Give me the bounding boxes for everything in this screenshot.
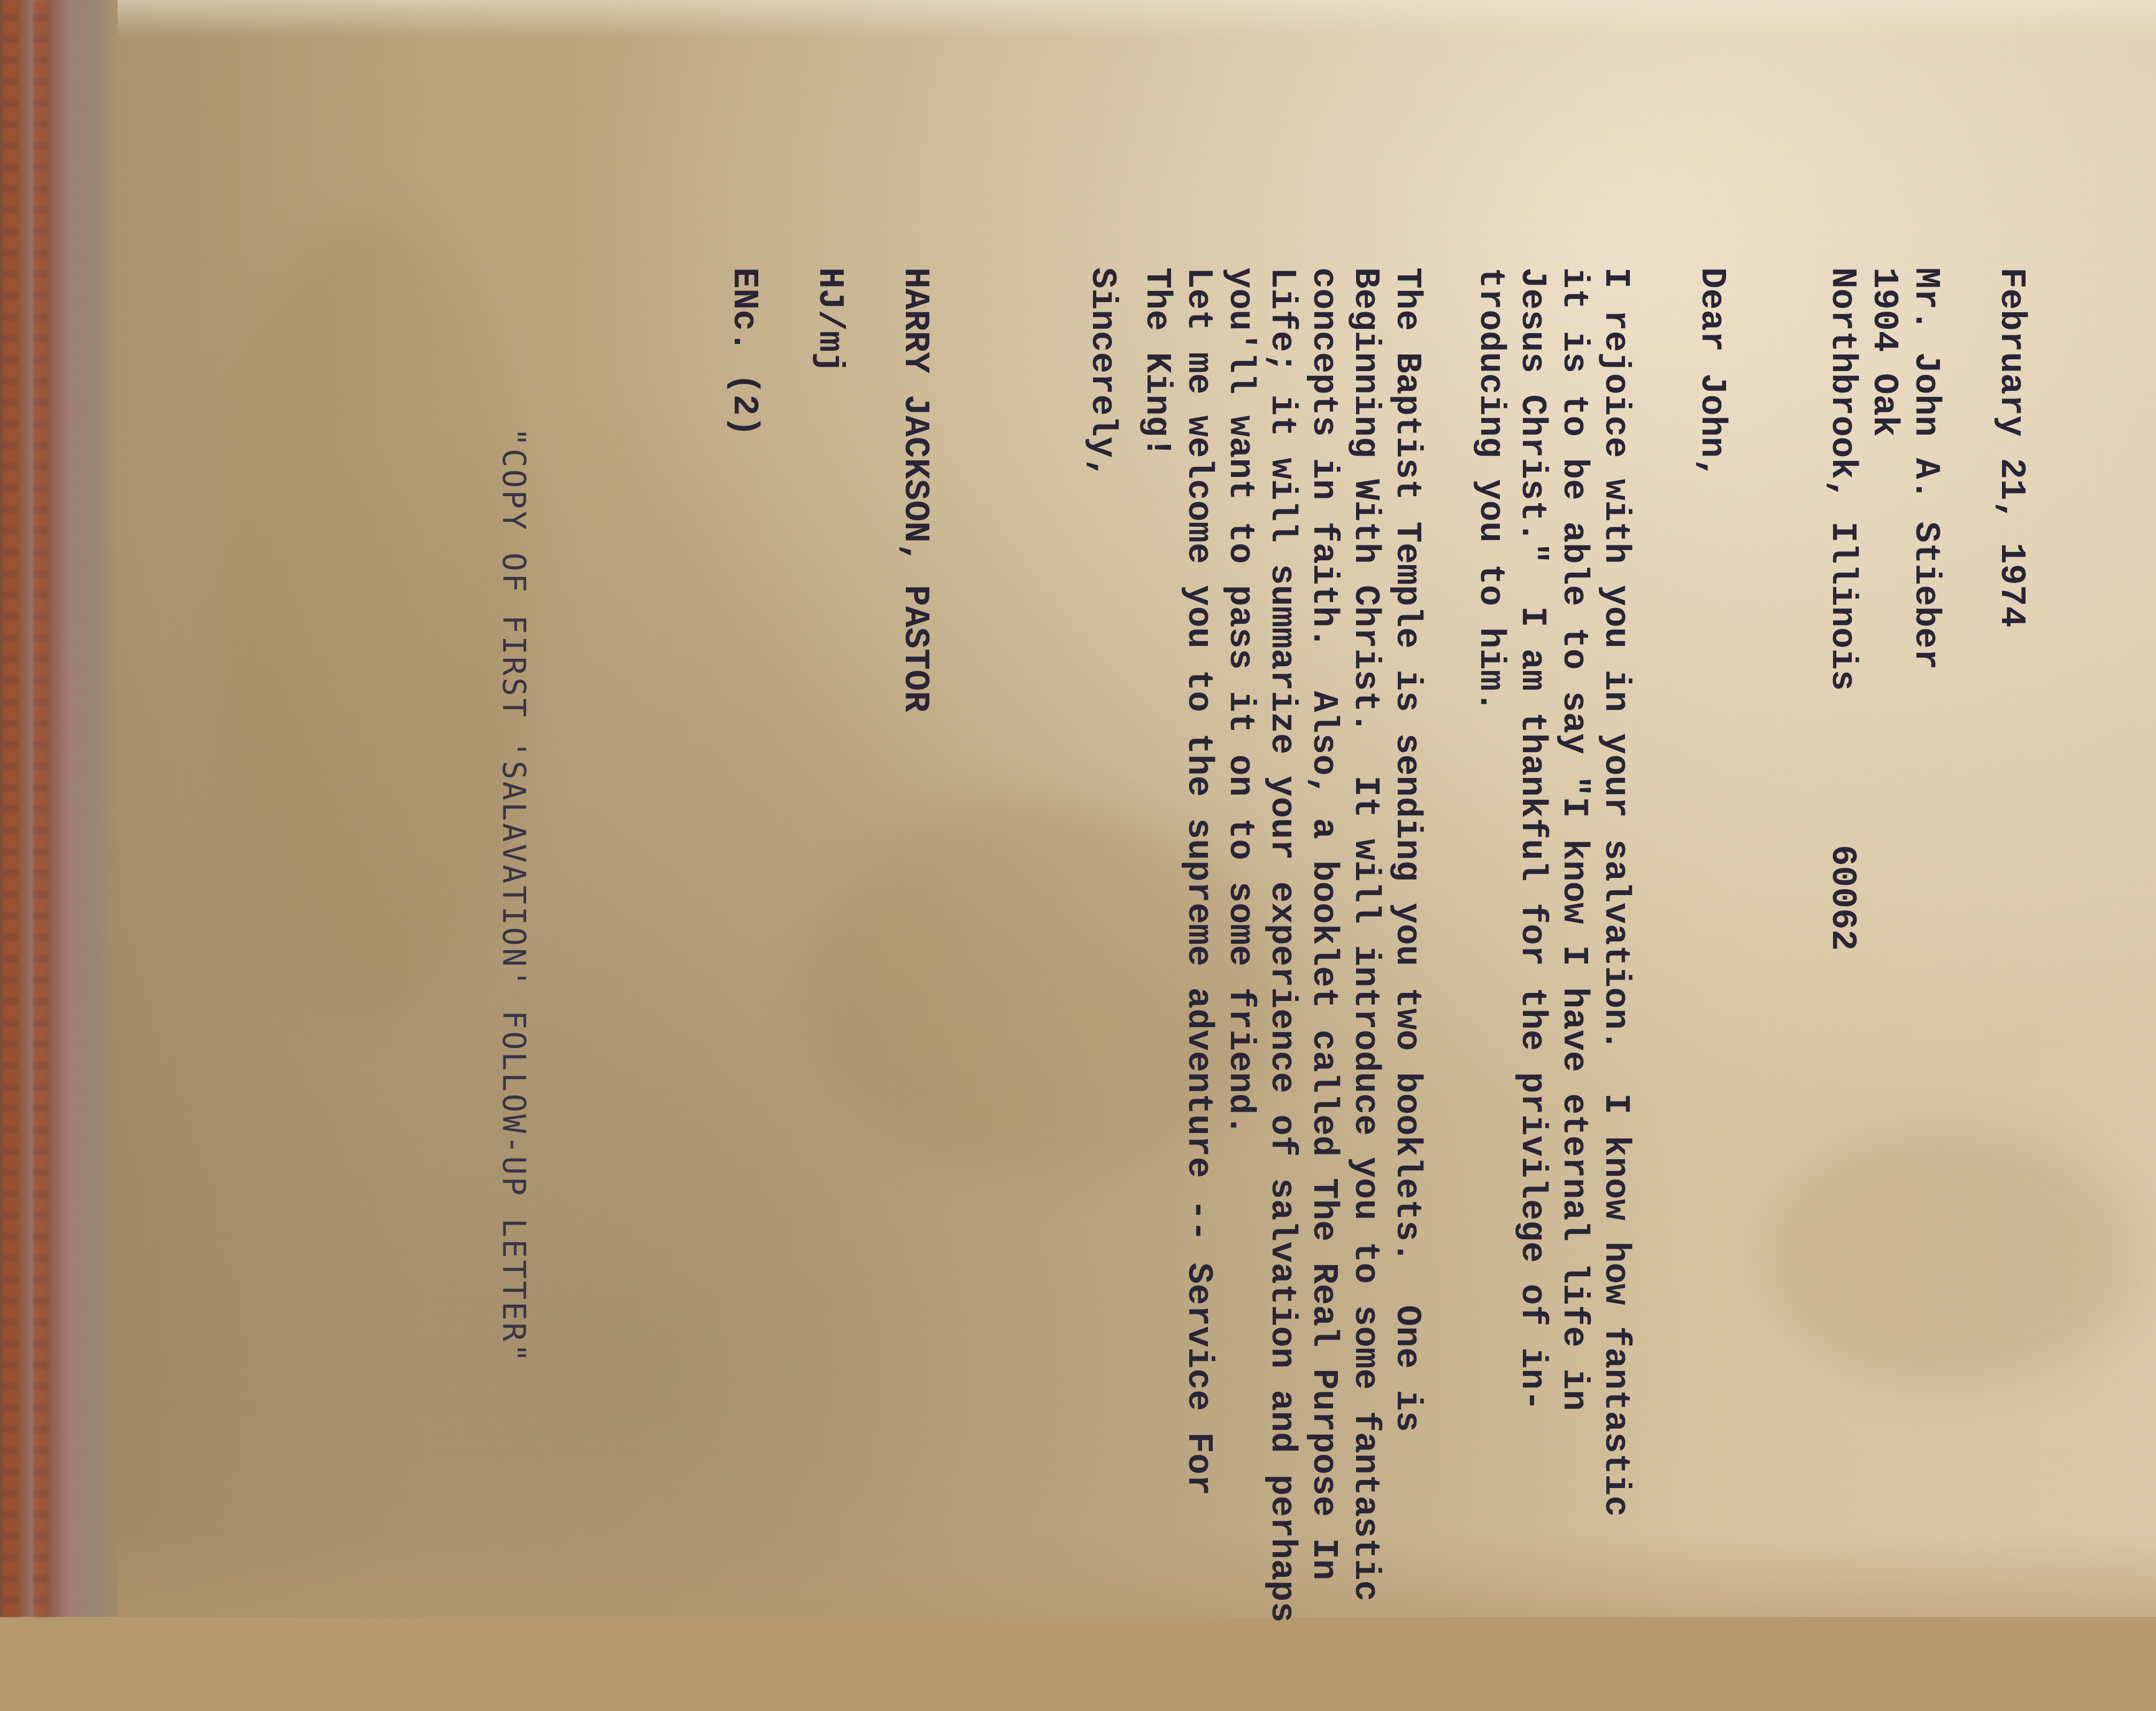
paragraph-line: Let me welcome you to the supreme advent… [1177,267,1219,1496]
paragraph-line: it is to be able to say "I know I have e… [1553,267,1595,1517]
sleeve-stripe [3,0,18,1617]
typed-letter: February 21, 1974 Mr. John A. Stieber 19… [455,267,2032,1617]
recipient-name: Mr. John A. Stieber [1905,267,1946,691]
letter-date: February 21, 1974 [1990,267,2032,627]
paragraph-line: The King! [1136,267,1177,1496]
paragraph-line: troducing you to him. [1469,267,1511,1517]
binder-sleeve-edge [0,0,118,1617]
recipient-address: Mr. John A. Stieber 1904 Oak Northbrook,… [1821,267,1946,691]
paragraph-3: Let me welcome you to the supreme advent… [1136,267,1219,1496]
paragraph-line: The Baptist Temple is sending you two bo… [1386,267,1428,1617]
typist-initials: HJ/mj [808,267,850,373]
signer-name: HARRY JACKSON, PASTOR [894,267,936,712]
paragraph-line: Life; it will summarize your experience … [1261,267,1303,1617]
paragraph-line: Jesus Christ." I am thankful for the pri… [1511,267,1553,1517]
paragraph-line: Beginning With Christ. It will introduce… [1344,267,1386,1617]
paragraph-1: I rejoice with you in your salvation. I … [1469,267,1636,1517]
recipient-city-line: Northbrook, Illinois60062 [1821,267,1863,691]
recipient-city-state: Northbrook, Illinois [1822,267,1862,691]
paragraph-line: I rejoice with you in your salvation. I … [1595,267,1636,1517]
closing: Sincerely, [1081,267,1123,479]
paragraph-line: you'll want to pass it on to some friend… [1219,267,1261,1617]
paragraph-2: The Baptist Temple is sending you two bo… [1219,267,1428,1617]
enclosure-note: ENc. (2) [723,267,765,437]
salutation: Dear John, [1691,267,1732,479]
recipient-zip: 60062 [1821,845,1863,951]
paper-top-edge [118,0,2156,37]
document-caption: "COPY OF FIRST 'SALAVATION' FOLLOW-UP LE… [493,428,535,1364]
recipient-street: 1904 Oak [1863,267,1905,691]
paragraph-line: concepts in faith. Also, a booklet calle… [1303,267,1344,1617]
sleeve-stripe [33,0,48,1617]
